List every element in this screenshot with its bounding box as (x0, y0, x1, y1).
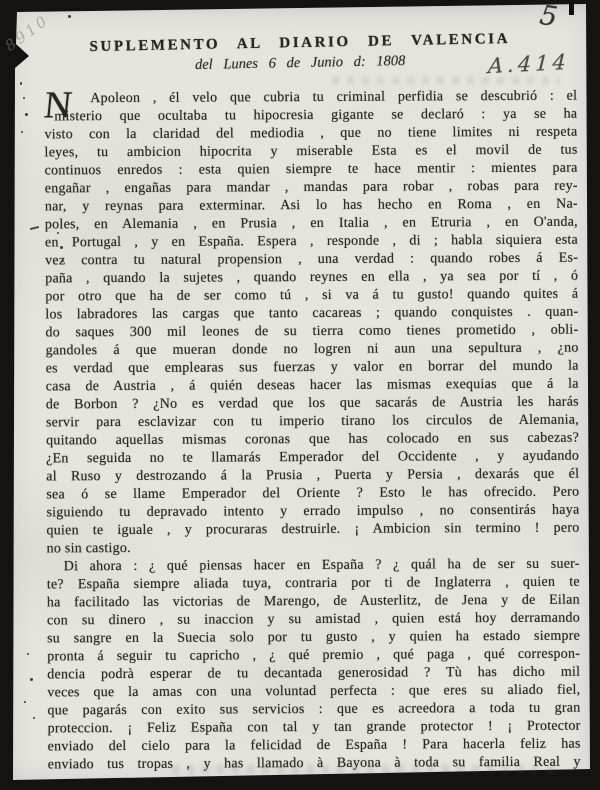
body-text: N Apoleon , él velo que cubria tu crimin… (44, 88, 581, 775)
paragraph: Apoleon , él velo que cubria tu criminal… (44, 88, 579, 559)
showthrough-smudge (172, 765, 562, 774)
scan-crease-mark (569, 0, 574, 15)
showthrough-smudge (332, 77, 560, 84)
paragraph: Di ahora : ¿ qué piensas hacer en España… (47, 556, 581, 775)
scanned-document: 8910 5 A.414 SUPLEMENTO AL DIARIO DE VAL… (0, 0, 600, 790)
text-line: quien te iguale , y procuraras destruirl… (46, 520, 579, 541)
